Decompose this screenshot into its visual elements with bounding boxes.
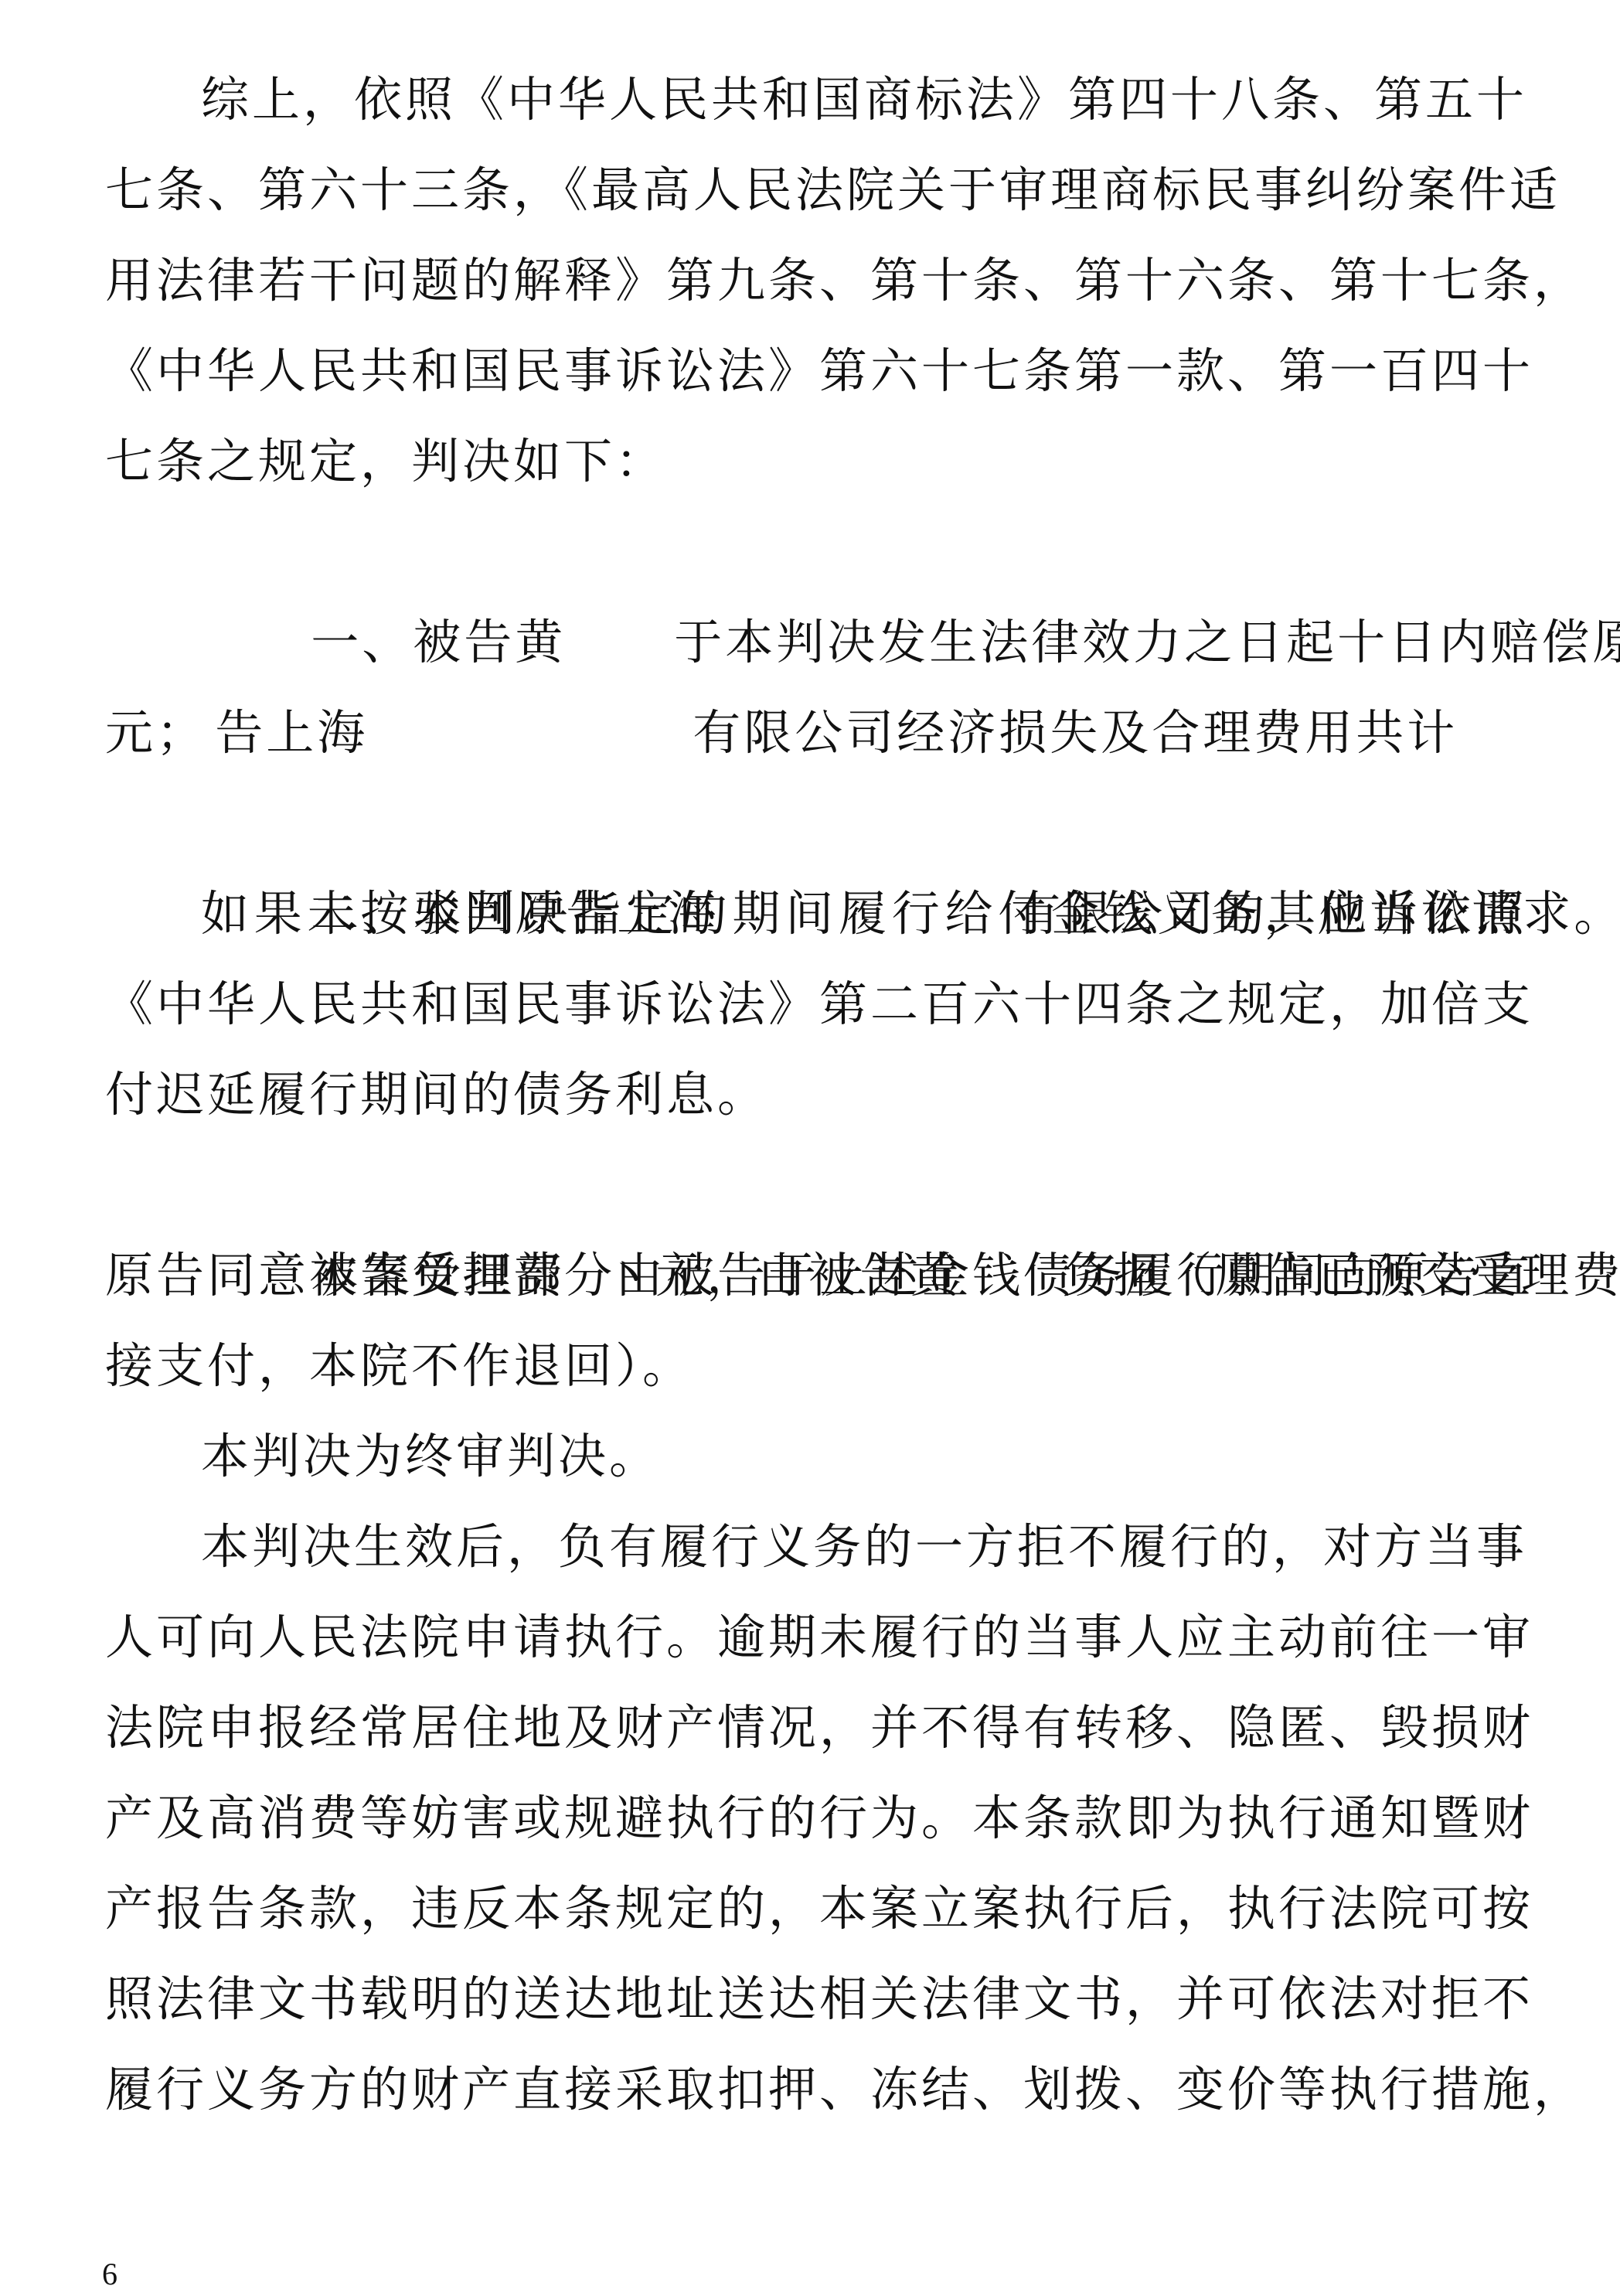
- paragraph-interest-line-3: 付迟延履行期间的债务利息。: [105, 1049, 1527, 1139]
- judgment-body: 综上，依照《中华人民共和国商标法》第四十八条、第五十 七条、第六十三条，《最高人…: [105, 54, 1527, 2134]
- paragraph-legal-basis-line-3: 用法律若干问题的解释》第九条、第十条、第十六条、第十七条，: [105, 235, 1527, 325]
- paragraph-fee-line-2: 原告同意被告负担部分由被告于上述金钱债务履行期间向原告直: [105, 1230, 1527, 1320]
- paragraph-enforcement-line-6: 照法律文书载明的送达地址送达相关法律文书，并可依法对拒不: [105, 1954, 1527, 2044]
- paragraph-final-judgment: 本判决为终审判决。: [105, 1411, 1527, 1501]
- judgment-item-1-line-3: 元；: [105, 687, 1527, 778]
- paragraph-enforcement-line-3: 法院申报经常居住地及财产情况，并不得有转移、隐匿、毁损财: [105, 1682, 1527, 1773]
- paragraph-legal-basis-line-2: 七条、第六十三条，《最高人民法院关于审理商标民事纠纷案件适: [105, 145, 1527, 235]
- judgment-item-2: 二、驳回原告上海有限公司的其他诉讼请求。: [105, 778, 1527, 868]
- paragraph-legal-basis-line-5: 七条之规定，判决如下：: [105, 416, 1527, 506]
- paragraph-interest-line-1: 如果未按本判决指定的期间履行给付金钱义务，应当依照: [105, 868, 1527, 959]
- document-page: 综上，依照《中华人民共和国商标法》第四十八条、第五十 七条、第六十三条，《最高人…: [0, 0, 1620, 2296]
- paragraph-legal-basis-line-4: 《中华人民共和国民事诉讼法》第六十七条第一款、第一百四十: [105, 325, 1527, 416]
- judgment-item-1-line-2: 告上海有限公司经济损失及合理费用共计: [105, 597, 1527, 687]
- paragraph-enforcement-line-5: 产报告条款，违反本条规定的，本案立案执行后，执行法院可按: [105, 1863, 1527, 1954]
- paragraph-fee-line-1: 本案受理费丶元，由被告黄负担（原告已预交受理费，: [105, 1139, 1527, 1230]
- paragraph-enforcement-line-2: 人可向人民法院申请执行。逾期未履行的当事人应主动前往一审: [105, 1592, 1527, 1682]
- judgment-item-1-line-1: 一、被告黄于本判决发生法律效力之日起十日内赔偿原: [105, 506, 1527, 597]
- page-number: 6: [102, 2259, 117, 2290]
- paragraph-enforcement-line-4: 产及高消费等妨害或规避执行的行为。本条款即为执行通知暨财: [105, 1773, 1527, 1863]
- paragraph-enforcement-line-1: 本判决生效后，负有履行义务的一方拒不履行的，对方当事: [105, 1501, 1527, 1592]
- paragraph-enforcement-line-7: 履行义务方的财产直接采取扣押、冻结、划拨、变价等执行措施，: [105, 2044, 1527, 2134]
- paragraph-legal-basis-line-1: 综上，依照《中华人民共和国商标法》第四十八条、第五十: [105, 54, 1527, 145]
- paragraph-fee-line-3: 接支付，本院不作退回）。: [105, 1320, 1527, 1411]
- paragraph-interest-line-2: 《中华人民共和国民事诉讼法》第二百六十四条之规定，加倍支: [105, 959, 1527, 1049]
